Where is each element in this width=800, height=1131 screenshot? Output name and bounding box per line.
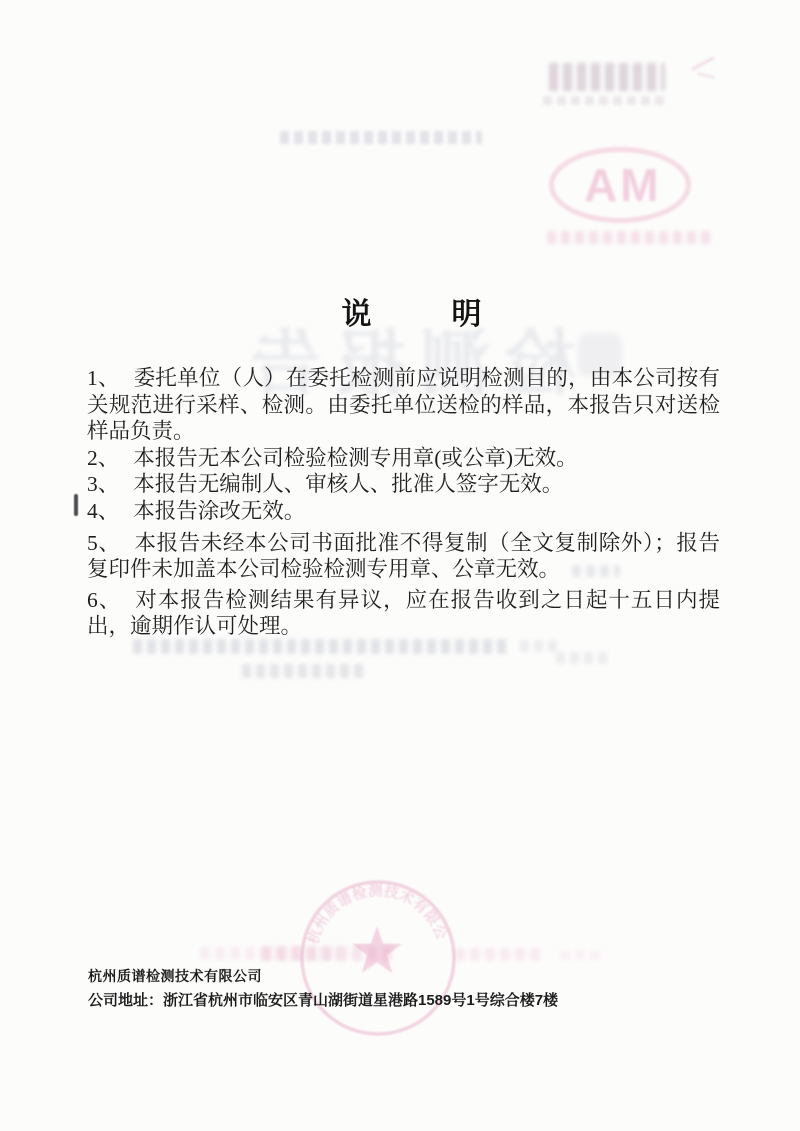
scanned-report-notes-page: MA 检测报告 说 明 1、委托单位（人）在委托检测前应说明检测目的，由本公司按… [0, 0, 800, 1131]
note-text: 委托单位（人）在委托检测前应说明检测目的，由本公司按有关规范进行采样、检测。由委… [87, 366, 720, 443]
bleedthrough-corner-mark-2 [697, 72, 715, 79]
svg-text:杭州质谱检测技术有限公司: 杭州质谱检测技术有限公司 [278, 856, 450, 946]
note-number: 1、 [87, 366, 120, 390]
note-item-5: 5、本报告未经本公司书面批准不得复制（全文复制除外）；报告复印件未加盖本公司检验… [87, 530, 720, 583]
note-text: 本报告无编制人、审核人、批准人签字无效。 [133, 472, 563, 496]
bleedthrough-corner-mark [691, 56, 715, 71]
bleedthrough-stamp-band [262, 946, 392, 961]
notes-list: 1、委托单位（人）在委托检测前应说明检测目的，由本公司按有关规范进行采样、检测。… [87, 365, 720, 640]
bleedthrough-text-line-smudge [242, 664, 366, 678]
note-number: 3、 [87, 472, 119, 496]
bleedthrough-text-line-smudge [133, 639, 511, 654]
bleedthrough-cma-caption-smudge [547, 231, 711, 244]
bleedthrough-stamp-band [455, 948, 545, 961]
cma-ma-letters: MA [581, 162, 659, 208]
bleedthrough-logo-subtext-smudge [543, 96, 667, 105]
scan-edge-artifact [74, 494, 78, 516]
bleedthrough-logo-text-smudge [549, 63, 665, 91]
note-text: 对本报告检测结果有异议，应在报告收到之日起十五日内提出，逾期作认可处理。 [87, 588, 720, 639]
note-number: 2、 [87, 446, 119, 470]
bleedthrough-smudge [520, 640, 560, 652]
note-item-2: 2、本报告无本公司检验检测专用章(或公章)无效。 [87, 445, 720, 472]
note-number: 4、 [87, 499, 119, 523]
cma-mark-mirrored: MA [549, 147, 691, 223]
note-item-6: 6、对本报告检测结果有异议，应在报告收到之日起十五日内提出，逾期作认可处理。 [87, 587, 720, 640]
note-text: 本报告涂改无效。 [133, 499, 305, 523]
bleedthrough-smudge [572, 565, 620, 577]
note-number: 6、 [87, 588, 121, 612]
footer-company-address: 公司地址：浙江省杭州市临安区青山湖街道星港路1589号1号综合楼7楼 [88, 989, 558, 1010]
footer-company-name: 杭州质谱检测技术有限公司 [88, 966, 262, 986]
bleedthrough-smudge [556, 652, 608, 664]
page-title: 说 明 [24, 289, 800, 333]
note-item-3: 3、本报告无编制人、审核人、批准人签字无效。 [87, 471, 720, 498]
note-number: 5、 [87, 531, 120, 555]
note-item-4: 4、本报告涂改无效。 [87, 498, 720, 525]
bleedthrough-serial-smudge [280, 131, 482, 144]
bleedthrough-stamp-band [560, 950, 600, 960]
note-text: 本报告未经本公司书面批准不得复制（全文复制除外）；报告复印件未加盖本公司检验检测… [87, 531, 720, 582]
seal-arc-text: 杭州质谱检测技术有限公司 [278, 856, 450, 946]
note-text: 本报告无本公司检验检测专用章(或公章)无效。 [133, 446, 577, 470]
note-item-1: 1、委托单位（人）在委托检测前应说明检测目的，由本公司按有关规范进行采样、检测。… [87, 365, 720, 445]
